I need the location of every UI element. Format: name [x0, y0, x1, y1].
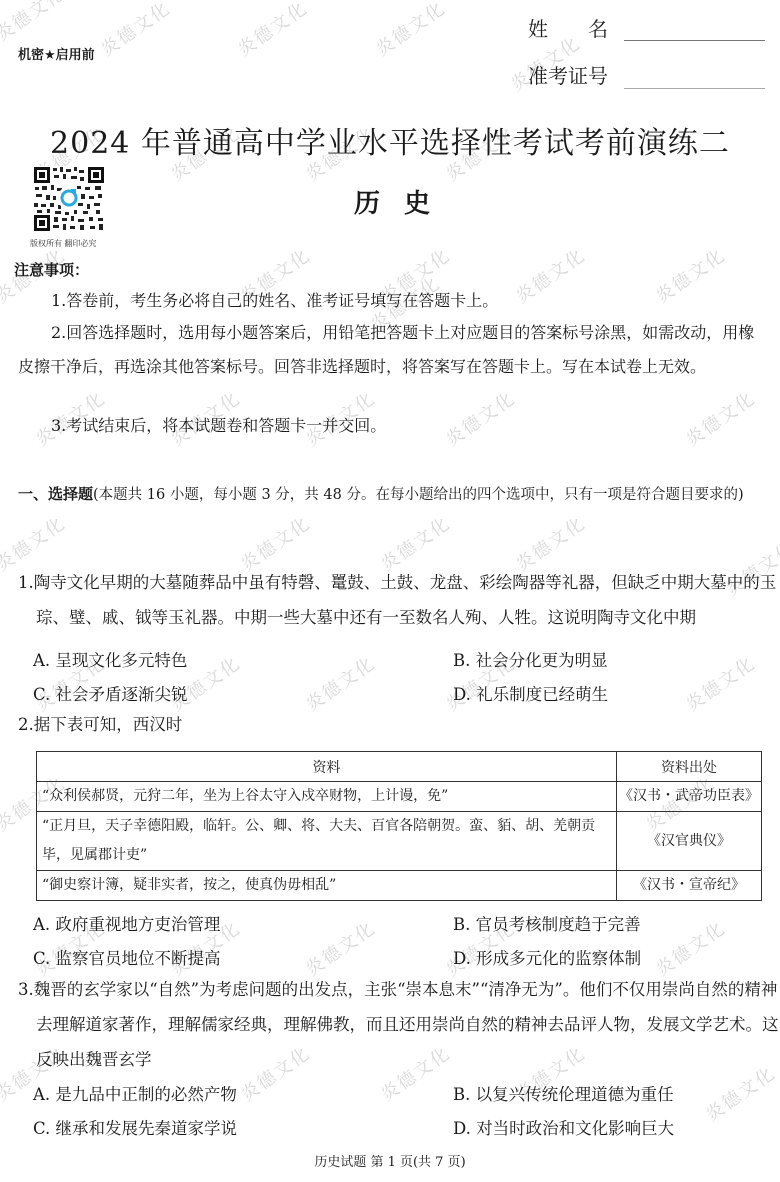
subject-title: 历史	[0, 183, 780, 220]
qr-caption: 版权所有 翻印必究	[30, 238, 110, 249]
table-header-row: 资料 资料出处	[37, 752, 762, 782]
notice-item-3: 3.考试结束后，将本试题卷和答题卡一并交回。	[18, 409, 768, 443]
table-cell-source: 《汉书・武帝功臣表》	[617, 782, 762, 812]
name-label: 姓 名	[528, 13, 608, 42]
q1-option-a[interactable]: A. 呈现文化多元特色	[33, 647, 187, 671]
q1-option-b[interactable]: B. 社会分化更为明显	[453, 647, 608, 671]
q2-option-c[interactable]: C. 监察官员地位不断提高	[33, 945, 221, 969]
watermark: 炎德文化	[370, 0, 450, 62]
table-cell-source: 《汉书・宣帝纪》	[617, 871, 762, 901]
q3-option-a[interactable]: A. 是九品中正制的必然产物	[33, 1081, 237, 1105]
question-stem: 陶寺文化早期的大墓随葬品中虽有特磬、鼍鼓、土鼓、龙盘、彩绘陶器等礼器，但缺乏中期…	[34, 573, 777, 627]
table-row: “御史察计簿，疑非实者，按之，使真伪毋相乱” 《汉书・宣帝纪》	[37, 871, 762, 901]
question-2: 2.据下表可知，西汉时	[18, 707, 780, 742]
notice-item-2: 2.回答选择题时，选用每小题答案后，用铅笔把答题卡上对应题目的答案标号涂黑，如需…	[18, 316, 768, 384]
watermark: 炎德文化	[95, 0, 175, 62]
question-1: 1.陶寺文化早期的大墓随葬品中虽有特磬、鼍鼓、土鼓、龙盘、彩绘陶器等礼器，但缺乏…	[18, 565, 780, 635]
table-cell-material: “众利侯郝贤，元狩二年，坐为上谷太守入戍卒财物，上计谩，免”	[37, 782, 617, 812]
question-stem: 据下表可知，西汉时	[34, 715, 183, 734]
q1-option-d[interactable]: D. 礼乐制度已经萌生	[453, 681, 608, 705]
confidential-mark: 机密★启用前	[18, 44, 95, 63]
section-rule: (本题共 16 小题，每小题 3 分，共 48 分。在每小题给出的四个选项中，只…	[93, 487, 744, 503]
q3-option-b[interactable]: B. 以复兴传统伦理道德为重任	[453, 1081, 674, 1105]
q2-option-d[interactable]: D. 形成多元化的监察体制	[453, 945, 641, 969]
question-stem: 魏晋的玄学家以“自然”为考虑问题的出发点，主张“崇本息末”“清净无为”。他们不仅…	[34, 980, 779, 1069]
name-field[interactable]	[624, 40, 765, 41]
watermark: 炎德文化	[0, 0, 70, 47]
table-cell-material: “正月旦，天子幸德阳殿，临轩。公、卿、将、大夫、百官各陪朝贺。蛮、貊、胡、羌朝贡…	[37, 812, 617, 871]
exam-id-field[interactable]	[624, 88, 765, 89]
question-number: 1.	[18, 573, 34, 592]
table-header: 资料	[37, 752, 617, 782]
q1-option-c[interactable]: C. 社会矛盾逐渐尖锐	[33, 681, 188, 705]
question-3: 3.魏晋的玄学家以“自然”为考虑问题的出发点，主张“崇本息末”“清净无为”。他们…	[18, 972, 780, 1077]
q2-option-b[interactable]: B. 官员考核制度趋于完善	[453, 911, 641, 935]
question-number: 2.	[18, 715, 34, 734]
notice-title: 注意事项：	[14, 259, 89, 280]
q3-option-d[interactable]: D. 对当时政治和文化影响巨大	[453, 1115, 674, 1139]
section-title: 一、选择题	[18, 485, 93, 503]
table-row: “众利侯郝贤，元狩二年，坐为上谷太守入戍卒财物，上计谩，免” 《汉书・武帝功臣表…	[37, 782, 762, 812]
exam-title: 2024 年普通高中学业水平选择性考试考前演练二	[0, 118, 780, 162]
q2-option-a[interactable]: A. 政府重视地方吏治管理	[33, 911, 220, 935]
page-footer: 历史试题 第 1 页(共 7 页)	[0, 1151, 780, 1170]
notice-item-1: 1.答卷前，考生务必将自己的姓名、准考证号填写在答题卡上。	[18, 284, 768, 318]
source-table: 资料 资料出处 “众利侯郝贤，元狩二年，坐为上谷太守入戍卒财物，上计谩，免” 《…	[36, 751, 762, 901]
table-cell-material: “御史察计簿，疑非实者，按之，使真伪毋相乱”	[37, 871, 617, 901]
exam-id-label: 准考证号	[528, 60, 608, 89]
table-row: “正月旦，天子幸德阳殿，临轩。公、卿、将、大夫、百官各陪朝贺。蛮、貊、胡、羌朝贡…	[37, 812, 762, 871]
question-number: 3.	[18, 980, 34, 999]
watermark: 炎德文化	[232, 0, 312, 62]
section-header: 一、选择题(本题共 16 小题，每小题 3 分，共 48 分。在每小题给出的四个…	[18, 477, 770, 512]
table-header: 资料出处	[617, 752, 762, 782]
q3-option-c[interactable]: C. 继承和发展先秦道家学说	[33, 1115, 237, 1139]
table-cell-source: 《汉官典仪》	[617, 812, 762, 871]
